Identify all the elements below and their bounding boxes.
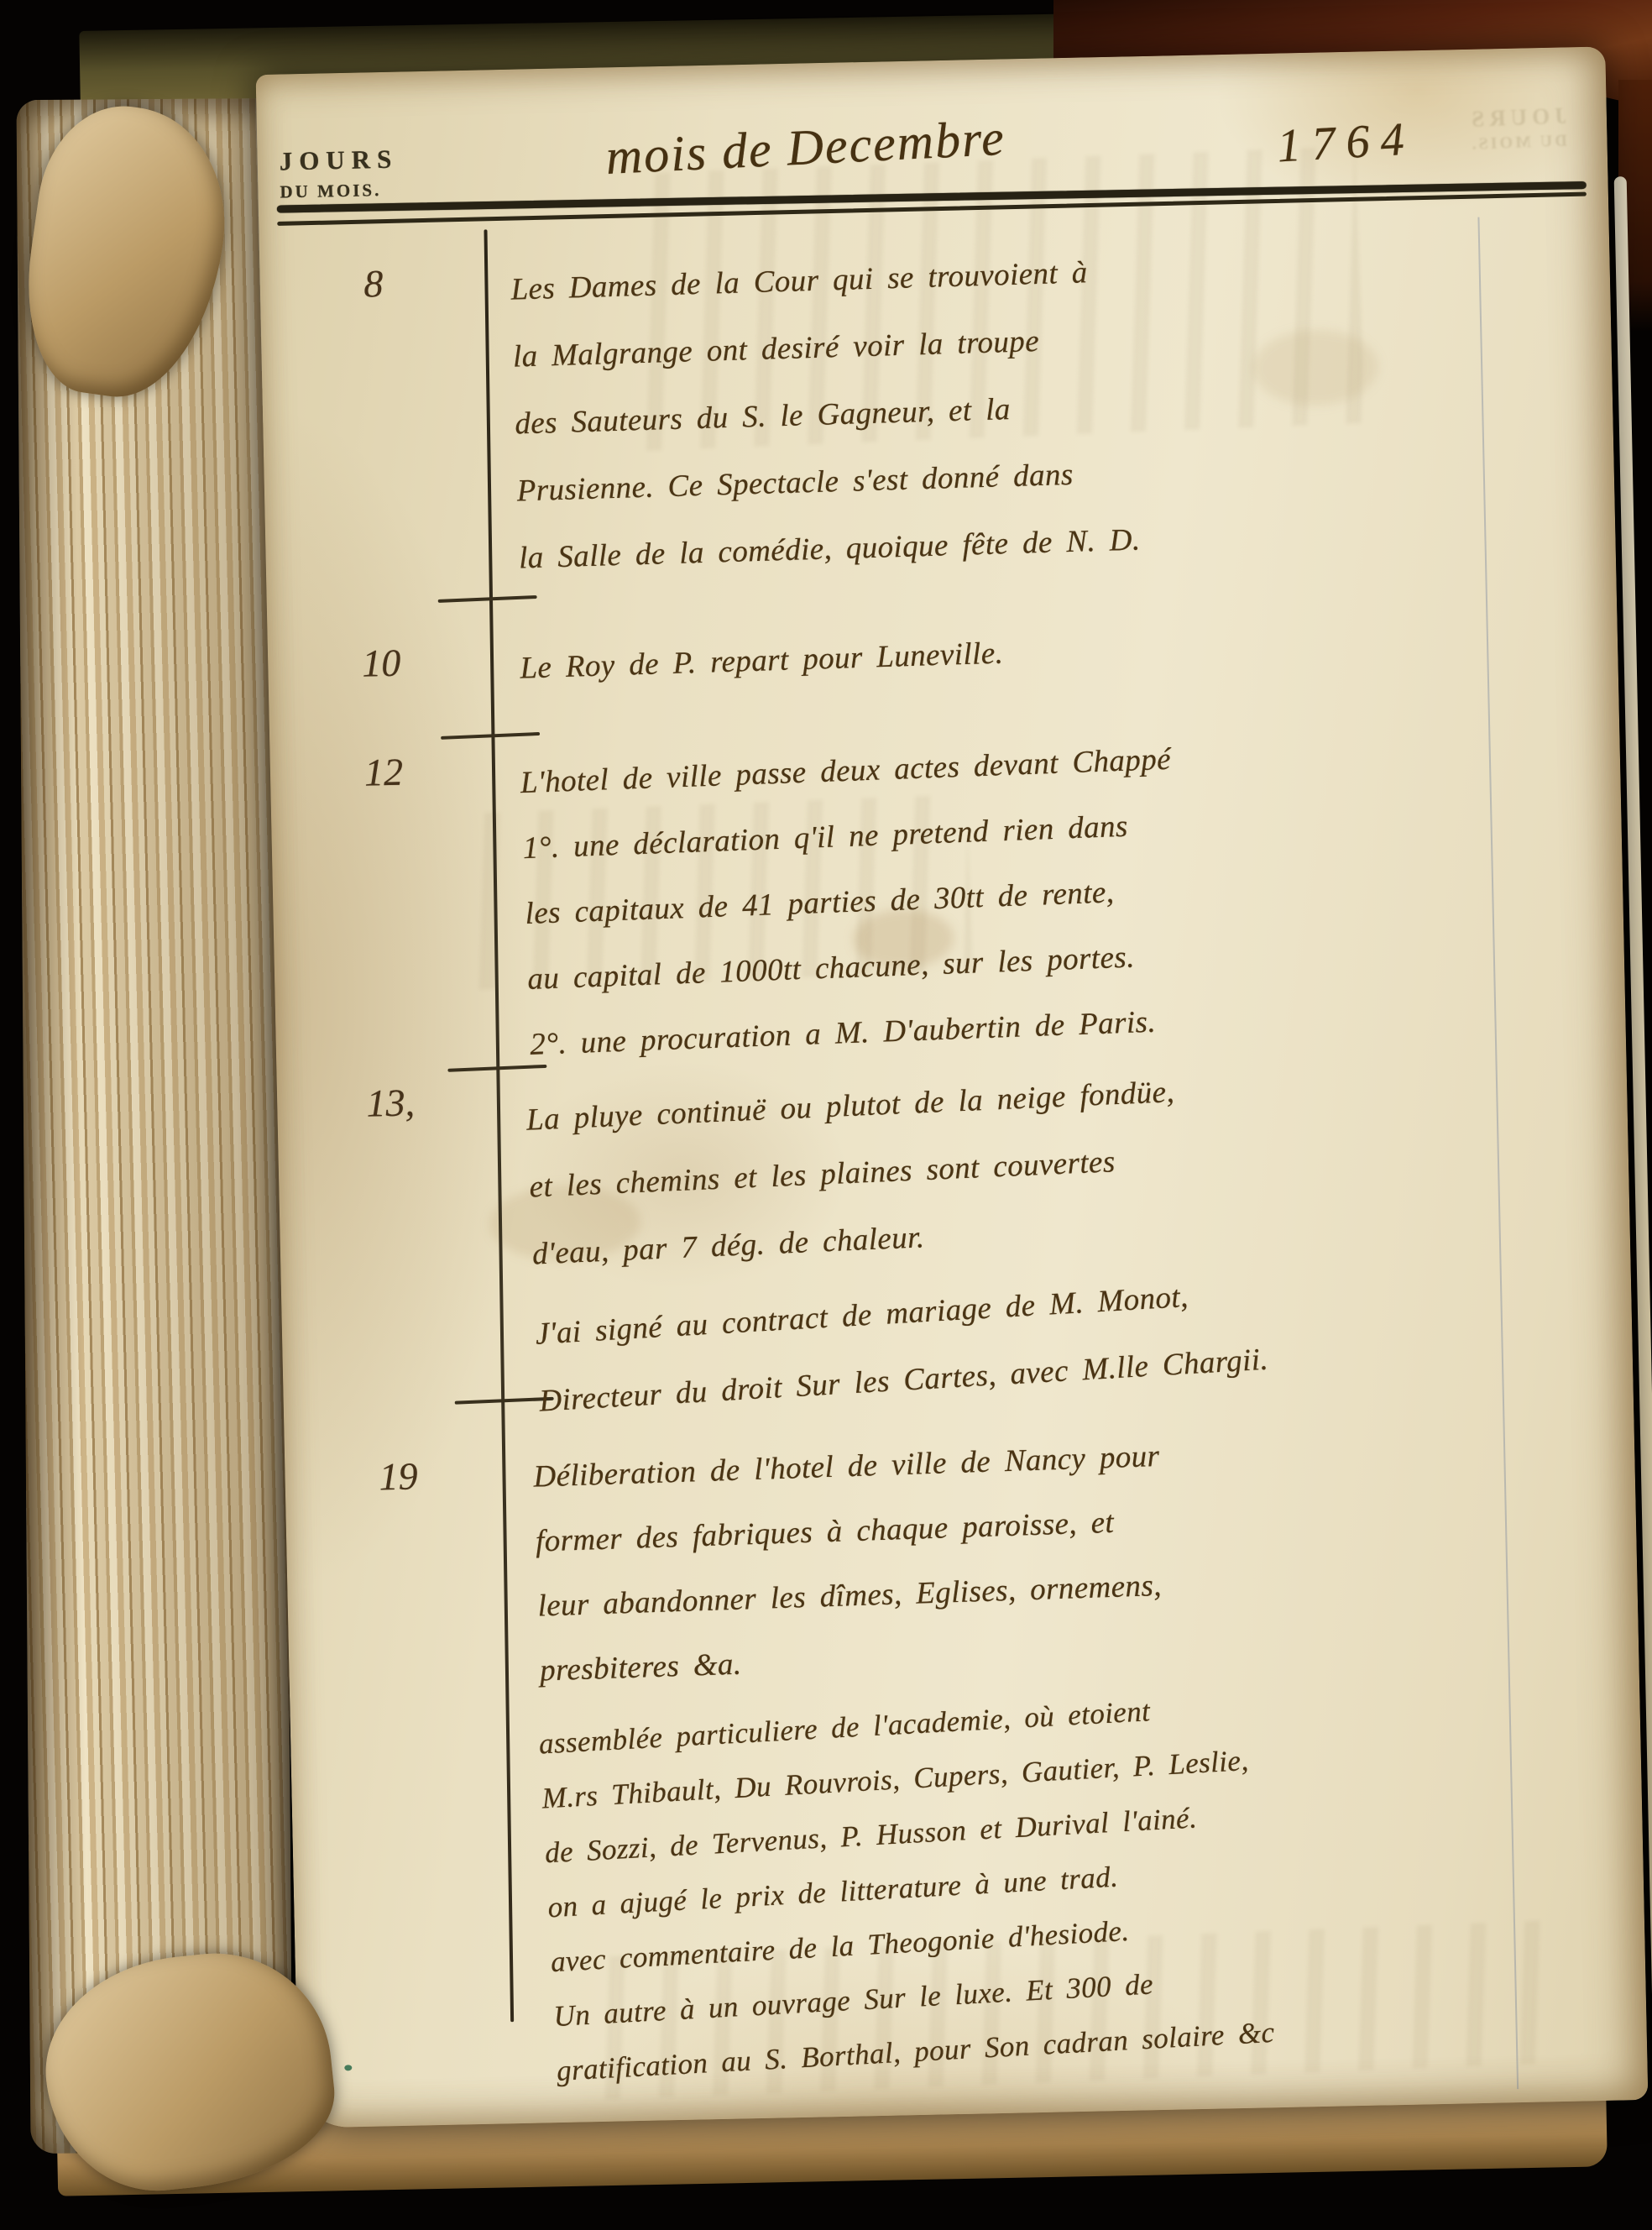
entry-separator-tick xyxy=(438,595,537,603)
entry-text: Le Roy de P. repart pour Luneville. xyxy=(519,600,1637,703)
du-mois-label: DU MOIS. xyxy=(280,180,399,203)
journal-entry-day-12: 12 L'hotel de ville passe deux actes dev… xyxy=(269,719,1646,747)
handwritten-year: 1764 xyxy=(1276,112,1416,173)
journal-entry-day-19: 19 Déliberation de l'hotel de ville de N… xyxy=(285,1414,1652,1442)
journal-entry-day-10: 10 Le Roy de P. repart pour Luneville. xyxy=(268,606,1644,635)
manuscript-line: Le Roy de P. repart pour Luneville. xyxy=(519,600,1637,703)
printed-days-column-header: JOURS DU MOIS. xyxy=(279,144,399,203)
manuscript-page: JOURS DU MOIS. JOURS DU MOIS. mois de De… xyxy=(256,46,1649,2128)
jours-label: JOURS xyxy=(279,144,398,177)
entry-paragraph: Déliberation de l'hotel de ville de Nanc… xyxy=(532,1408,1652,1704)
entry-text: Déliberation de l'hotel de ville de Nanc… xyxy=(532,1408,1652,2087)
entry-text: La pluye continuë ou plutot de la neige … xyxy=(525,1039,1652,1428)
fanned-page-edges xyxy=(16,98,292,2154)
day-number: 10 xyxy=(327,640,437,687)
day-column-rule xyxy=(484,229,514,2022)
entry-text: Les Dames de la Cour qui se trouvoient à… xyxy=(510,223,1635,592)
ink-speck xyxy=(344,2065,352,2070)
day-number: 19 xyxy=(343,1453,453,1500)
entry-text: L'hotel de ville passe deux actes devant… xyxy=(520,709,1647,1077)
entry-paragraph: Le Roy de P. repart pour Luneville. xyxy=(519,600,1637,703)
day-number: 13, xyxy=(336,1080,446,1127)
entry-paragraph: L'hotel de ville passe deux actes devant… xyxy=(520,709,1647,1077)
entry-separator-tick xyxy=(441,732,540,740)
day-number: 12 xyxy=(328,749,438,796)
photo-background: JOURS DU MOIS. JOURS DU MOIS. mois de De… xyxy=(0,0,1652,2230)
entry-paragraph: Les Dames de la Cour qui se trouvoient à… xyxy=(510,223,1635,592)
day-number: 8 xyxy=(318,260,428,307)
entry-paragraph: assemblée particuliere de l'academie, où… xyxy=(537,1657,1652,2098)
